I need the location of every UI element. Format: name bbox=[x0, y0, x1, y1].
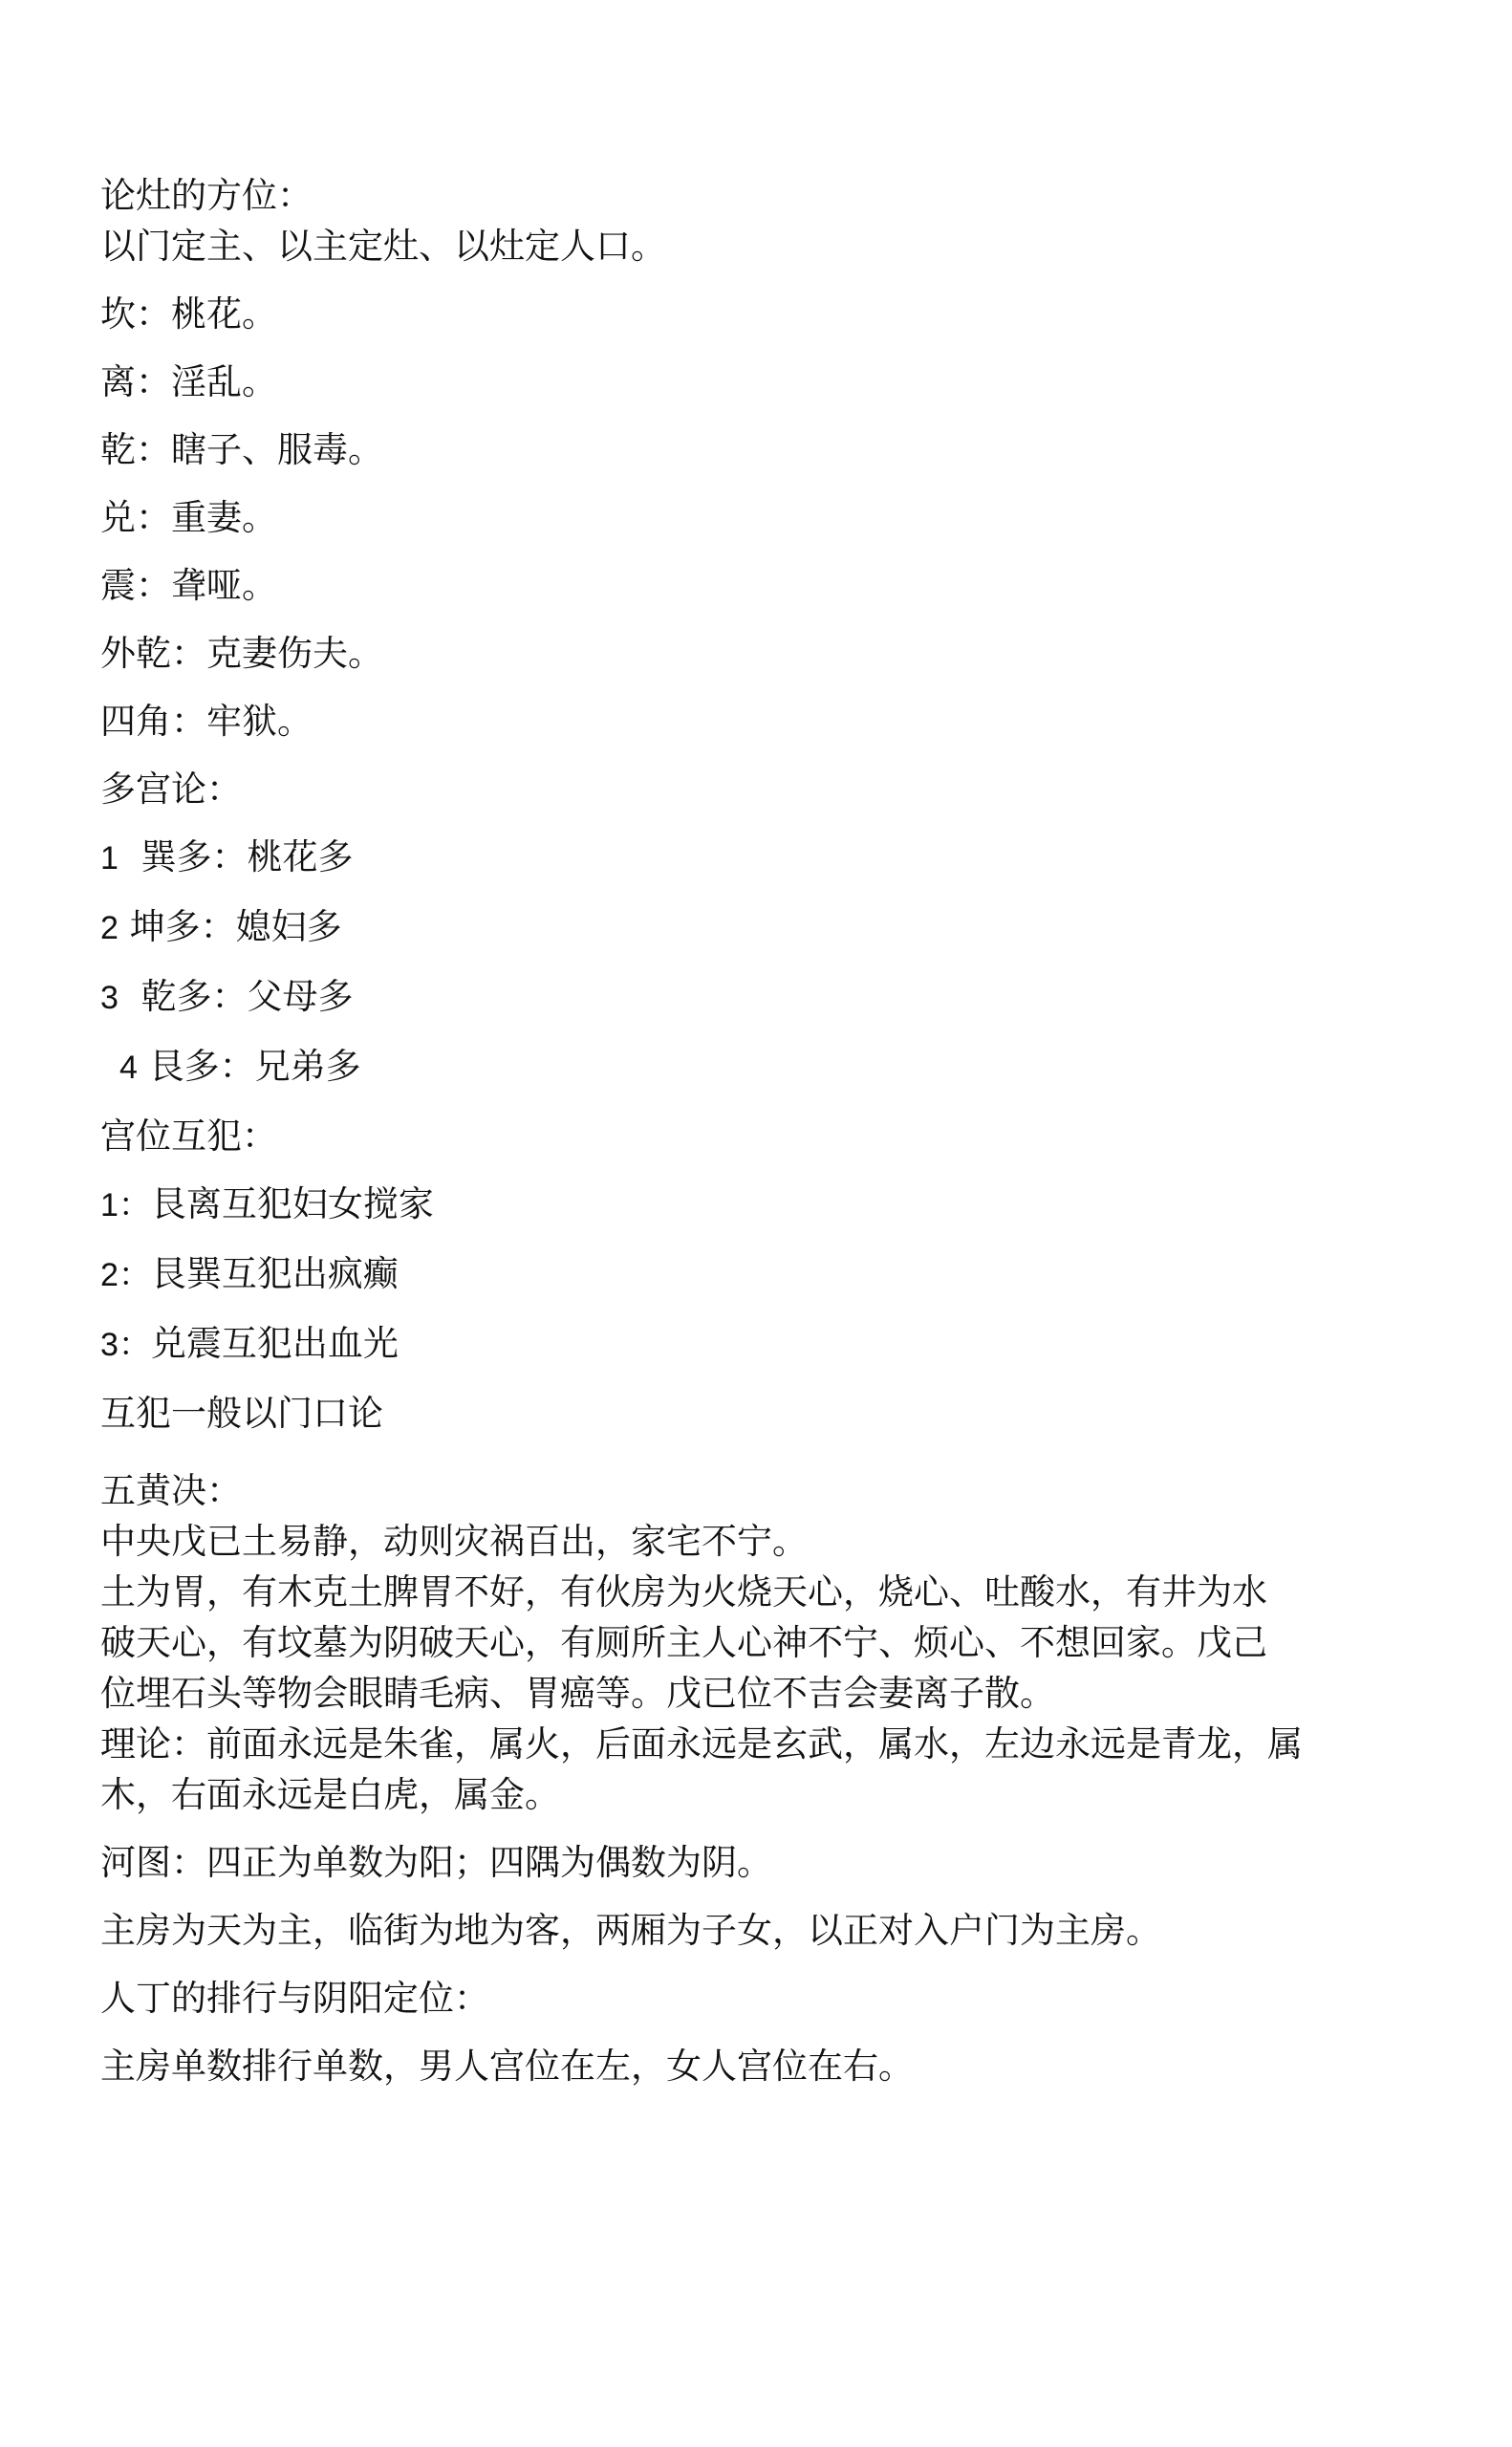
list-number: 2 bbox=[100, 910, 119, 946]
stove-item-value: 克妻伤夫。 bbox=[206, 633, 383, 674]
multi-palace-title: 多宫论： bbox=[100, 764, 1438, 814]
five-yellow-theory-line: 木，右面永远是白虎，属金。 bbox=[100, 1769, 1438, 1820]
list-text: 艮多：兄弟多 bbox=[149, 1046, 361, 1087]
stove-item-value: 牢狱。 bbox=[206, 701, 313, 742]
palace-conflict-note: 互犯一般以门口论 bbox=[100, 1388, 1438, 1439]
list-number: 3： bbox=[100, 1327, 151, 1363]
ranking-paragraph: 主房单数排行单数，男人宫位在左，女人宫位在右。 bbox=[100, 2041, 1438, 2091]
list-text: 艮离互犯妇女搅家 bbox=[151, 1183, 434, 1224]
stove-item: 外乾：克妻伤夫。 bbox=[100, 628, 1438, 679]
five-yellow-line: 位埋石头等物会眼睛毛病、胃癌等。戊已位不吉会妻离子散。 bbox=[100, 1668, 1438, 1719]
list-number: 1： bbox=[100, 1187, 151, 1223]
stove-section-title: 论灶的方位： bbox=[100, 170, 1438, 221]
ranking-title: 人丁的排行与阴阳定位： bbox=[100, 1973, 1438, 2024]
list-text: 乾多：父母多 bbox=[140, 976, 353, 1017]
stove-item: 坎：桃花。 bbox=[100, 289, 1438, 339]
stove-item-key: 震： bbox=[100, 565, 171, 606]
stove-item: 四角：牢狱。 bbox=[100, 696, 1438, 747]
stove-item-value: 桃花。 bbox=[171, 293, 277, 335]
multi-palace-item: 2 坤多：媳妇多 bbox=[100, 901, 1438, 954]
list-text: 兑震互犯出血光 bbox=[151, 1323, 399, 1364]
list-text: 艮巽互犯出疯癫 bbox=[151, 1253, 399, 1294]
document-page: 论灶的方位： 以门定主、以主定灶、以灶定人口。 坎：桃花。 离：淫乱。 乾：瞎子… bbox=[100, 170, 1438, 2091]
list-text: 坤多：媳妇多 bbox=[130, 906, 342, 947]
stove-item-value: 重妻。 bbox=[171, 497, 277, 538]
five-yellow-theory-line: 理论：前面永远是朱雀，属火，后面永远是玄武，属水，左边永远是青龙，属 bbox=[100, 1719, 1438, 1769]
list-number: 3 bbox=[100, 980, 119, 1016]
list-number: 4 bbox=[119, 1050, 138, 1086]
stove-item-key: 四角： bbox=[100, 701, 206, 742]
palace-conflict-item: 2：艮巽互犯出疯癫 bbox=[100, 1248, 1438, 1301]
multi-palace-item: 4 艮多：兄弟多 bbox=[100, 1041, 1438, 1094]
hetu-paragraph: 河图：四正为单数为阳；四隅为偶数为阴。 bbox=[100, 1837, 1438, 1888]
five-yellow-line: 破天心，有坟墓为阴破天心，有厕所主人心神不宁、烦心、不想回家。戊己 bbox=[100, 1617, 1438, 1668]
stove-item-key: 乾： bbox=[100, 429, 171, 470]
stove-item-key: 外乾： bbox=[100, 633, 206, 674]
multi-palace-item: 3 乾多：父母多 bbox=[100, 971, 1438, 1024]
five-yellow-line: 土为胃，有木克土脾胃不好，有伙房为火烧天心，烧心、吐酸水，有井为水 bbox=[100, 1567, 1438, 1617]
main-room-paragraph: 主房为天为主，临街为地为客，两厢为子女，以正对入户门为主房。 bbox=[100, 1905, 1438, 1956]
stove-item-value: 聋哑。 bbox=[171, 565, 277, 606]
stove-item-value: 淫乱。 bbox=[171, 361, 277, 402]
five-yellow-line: 中央戊已土易静，动则灾祸百出，家宅不宁。 bbox=[100, 1516, 1438, 1567]
list-number: 2： bbox=[100, 1257, 151, 1293]
palace-conflict-title: 宫位互犯： bbox=[100, 1111, 1438, 1161]
palace-conflict-item: 3：兑震互犯出血光 bbox=[100, 1318, 1438, 1371]
five-yellow-title: 五黄决： bbox=[100, 1465, 1438, 1516]
stove-item-key: 离： bbox=[100, 361, 171, 402]
stove-item: 兑：重妻。 bbox=[100, 492, 1438, 543]
stove-item: 离：淫乱。 bbox=[100, 357, 1438, 407]
stove-item-value: 瞎子、服毒。 bbox=[171, 429, 383, 470]
stove-item-key: 坎： bbox=[100, 293, 171, 335]
list-number: 1 bbox=[100, 840, 119, 877]
stove-principle: 以门定主、以主定灶、以灶定人口。 bbox=[100, 221, 1438, 271]
list-text: 巽多：桃花多 bbox=[140, 836, 353, 877]
palace-conflict-item: 1：艮离互犯妇女搅家 bbox=[100, 1179, 1438, 1231]
stove-item: 震：聋哑。 bbox=[100, 560, 1438, 611]
stove-item-key: 兑： bbox=[100, 497, 171, 538]
stove-item: 乾：瞎子、服毒。 bbox=[100, 424, 1438, 475]
multi-palace-item: 1 巽多：桃花多 bbox=[100, 832, 1438, 884]
